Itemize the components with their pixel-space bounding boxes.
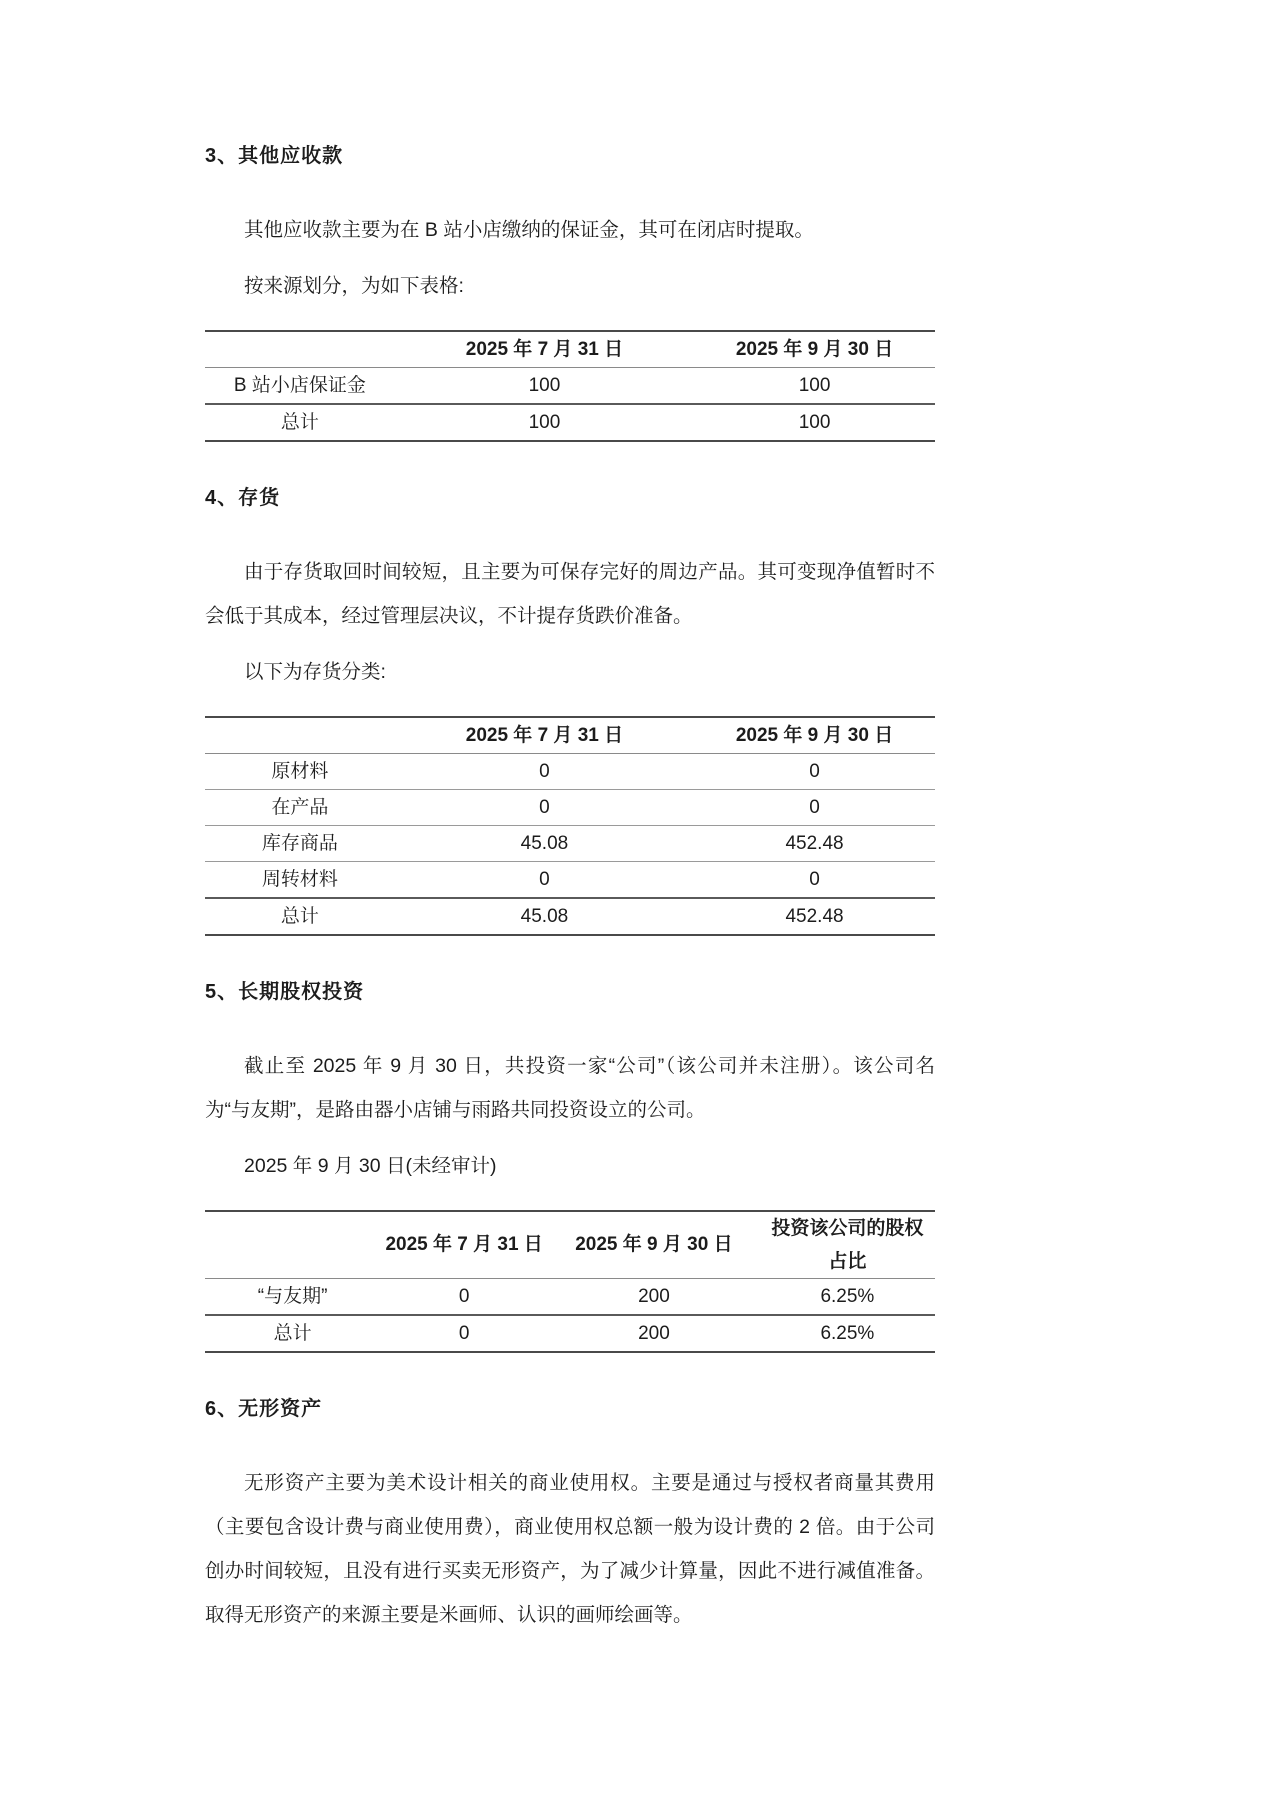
paragraph-intangible-desc: 无形资产主要为美术设计相关的商业使用权。主要是通过与授权者商量其费用（主要包含设… bbox=[205, 1461, 935, 1637]
header-cell-empty bbox=[205, 717, 395, 754]
section-inventory: 4、存货 由于存货取回时间较短，且主要为可保存完好的周边产品。其可变现净值暂时不… bbox=[205, 484, 935, 936]
cell-value: 452.48 bbox=[694, 898, 935, 935]
cell-value: 100 bbox=[694, 368, 935, 405]
cell-value: 0 bbox=[395, 790, 694, 826]
cell-value: 0 bbox=[380, 1315, 548, 1352]
cell-value: 0 bbox=[694, 790, 935, 826]
table-row: 周转材料 0 0 bbox=[205, 862, 935, 899]
header-cell-empty bbox=[205, 1211, 380, 1279]
header-cell-date-sep: 2025 年 9 月 30 日 bbox=[548, 1211, 760, 1279]
row-label: 总计 bbox=[205, 404, 395, 441]
cell-value: 0 bbox=[694, 862, 935, 899]
paragraph-inventory-table-intro: 以下为存货分类: bbox=[205, 650, 935, 694]
header-equity-ratio-line2: 占比 bbox=[760, 1245, 935, 1278]
header-cell-date-sep: 2025 年 9 月 30 日 bbox=[694, 717, 935, 754]
paragraph-inventory-desc: 由于存货取回时间较短，且主要为可保存完好的周边产品。其可变现净值暂时不会低于其成… bbox=[205, 550, 935, 638]
table-header-row: 2025 年 7 月 31 日 2025 年 9 月 30 日 bbox=[205, 331, 935, 368]
section-heading-other-receivables: 3、其他应收款 bbox=[205, 142, 935, 170]
cell-value: 0 bbox=[380, 1279, 548, 1316]
paragraph-equity-date-note: 2025 年 9 月 30 日(未经审计) bbox=[205, 1144, 935, 1188]
header-cell-date-jul: 2025 年 7 月 31 日 bbox=[395, 331, 694, 368]
header-cell-date-jul: 2025 年 7 月 31 日 bbox=[395, 717, 694, 754]
row-label: 原材料 bbox=[205, 754, 395, 790]
section-other-receivables: 3、其他应收款 其他应收款主要为在 B 站小店缴纳的保证金，其可在闭店时提取。 … bbox=[205, 142, 935, 442]
equity-investment-table: 2025 年 7 月 31 日 2025 年 9 月 30 日 投资该公司的股权… bbox=[205, 1210, 935, 1353]
section-heading-inventory: 4、存货 bbox=[205, 484, 935, 512]
cell-value: 452.48 bbox=[694, 826, 935, 862]
section-equity-investment: 5、长期股权投资 截止至 2025 年 9 月 30 日，共投资一家“公司”（该… bbox=[205, 978, 935, 1353]
cell-value: 6.25% bbox=[760, 1315, 935, 1352]
cell-value: 6.25% bbox=[760, 1279, 935, 1316]
row-label: 在产品 bbox=[205, 790, 395, 826]
header-cell-date-jul: 2025 年 7 月 31 日 bbox=[380, 1211, 548, 1279]
row-label: 库存商品 bbox=[205, 826, 395, 862]
section-heading-intangible-assets: 6、无形资产 bbox=[205, 1395, 935, 1423]
cell-value: 100 bbox=[395, 404, 694, 441]
header-cell-empty bbox=[205, 331, 395, 368]
cell-value: 0 bbox=[694, 754, 935, 790]
table-header-row: 2025 年 7 月 31 日 2025 年 9 月 30 日 bbox=[205, 717, 935, 754]
row-label: 总计 bbox=[205, 898, 395, 935]
table-row: 原材料 0 0 bbox=[205, 754, 935, 790]
cell-value: 45.08 bbox=[395, 898, 694, 935]
section-intangible-assets: 6、无形资产 无形资产主要为美术设计相关的商业使用权。主要是通过与授权者商量其费… bbox=[205, 1395, 935, 1637]
document-content: 3、其他应收款 其他应收款主要为在 B 站小店缴纳的保证金，其可在闭店时提取。 … bbox=[205, 142, 935, 1649]
row-label: B 站小店保证金 bbox=[205, 368, 395, 405]
table-total-row: 总计 100 100 bbox=[205, 404, 935, 441]
table-row: 库存商品 45.08 452.48 bbox=[205, 826, 935, 862]
table-header-row: 2025 年 7 月 31 日 2025 年 9 月 30 日 投资该公司的股权… bbox=[205, 1211, 935, 1279]
cell-value: 0 bbox=[395, 862, 694, 899]
table-total-row: 总计 45.08 452.48 bbox=[205, 898, 935, 935]
header-cell-date-sep: 2025 年 9 月 30 日 bbox=[694, 331, 935, 368]
paragraph-equity-desc: 截止至 2025 年 9 月 30 日，共投资一家“公司”（该公司并未注册）。该… bbox=[205, 1044, 935, 1132]
section-heading-equity-investment: 5、长期股权投资 bbox=[205, 978, 935, 1006]
cell-value: 0 bbox=[395, 754, 694, 790]
cell-value: 100 bbox=[694, 404, 935, 441]
header-equity-ratio-line1: 投资该公司的股权 bbox=[760, 1212, 935, 1245]
table-row: 在产品 0 0 bbox=[205, 790, 935, 826]
table-row: “与友期” 0 200 6.25% bbox=[205, 1279, 935, 1316]
receivables-source-table: 2025 年 7 月 31 日 2025 年 9 月 30 日 B 站小店保证金… bbox=[205, 330, 935, 442]
cell-value: 45.08 bbox=[395, 826, 694, 862]
document-page: 3、其他应收款 其他应收款主要为在 B 站小店缴纳的保证金，其可在闭店时提取。 … bbox=[0, 0, 1272, 1800]
paragraph-receivables-table-intro: 按来源划分，为如下表格: bbox=[205, 264, 935, 308]
table-row: B 站小店保证金 100 100 bbox=[205, 368, 935, 405]
cell-value: 200 bbox=[548, 1279, 760, 1316]
table-total-row: 总计 0 200 6.25% bbox=[205, 1315, 935, 1352]
row-label: “与友期” bbox=[205, 1279, 380, 1316]
row-label: 周转材料 bbox=[205, 862, 395, 899]
cell-value: 200 bbox=[548, 1315, 760, 1352]
row-label: 总计 bbox=[205, 1315, 380, 1352]
inventory-table: 2025 年 7 月 31 日 2025 年 9 月 30 日 原材料 0 0 … bbox=[205, 716, 935, 936]
cell-value: 100 bbox=[395, 368, 694, 405]
header-cell-equity-ratio: 投资该公司的股权 占比 bbox=[760, 1211, 935, 1279]
paragraph-receivables-desc: 其他应收款主要为在 B 站小店缴纳的保证金，其可在闭店时提取。 bbox=[205, 208, 935, 252]
